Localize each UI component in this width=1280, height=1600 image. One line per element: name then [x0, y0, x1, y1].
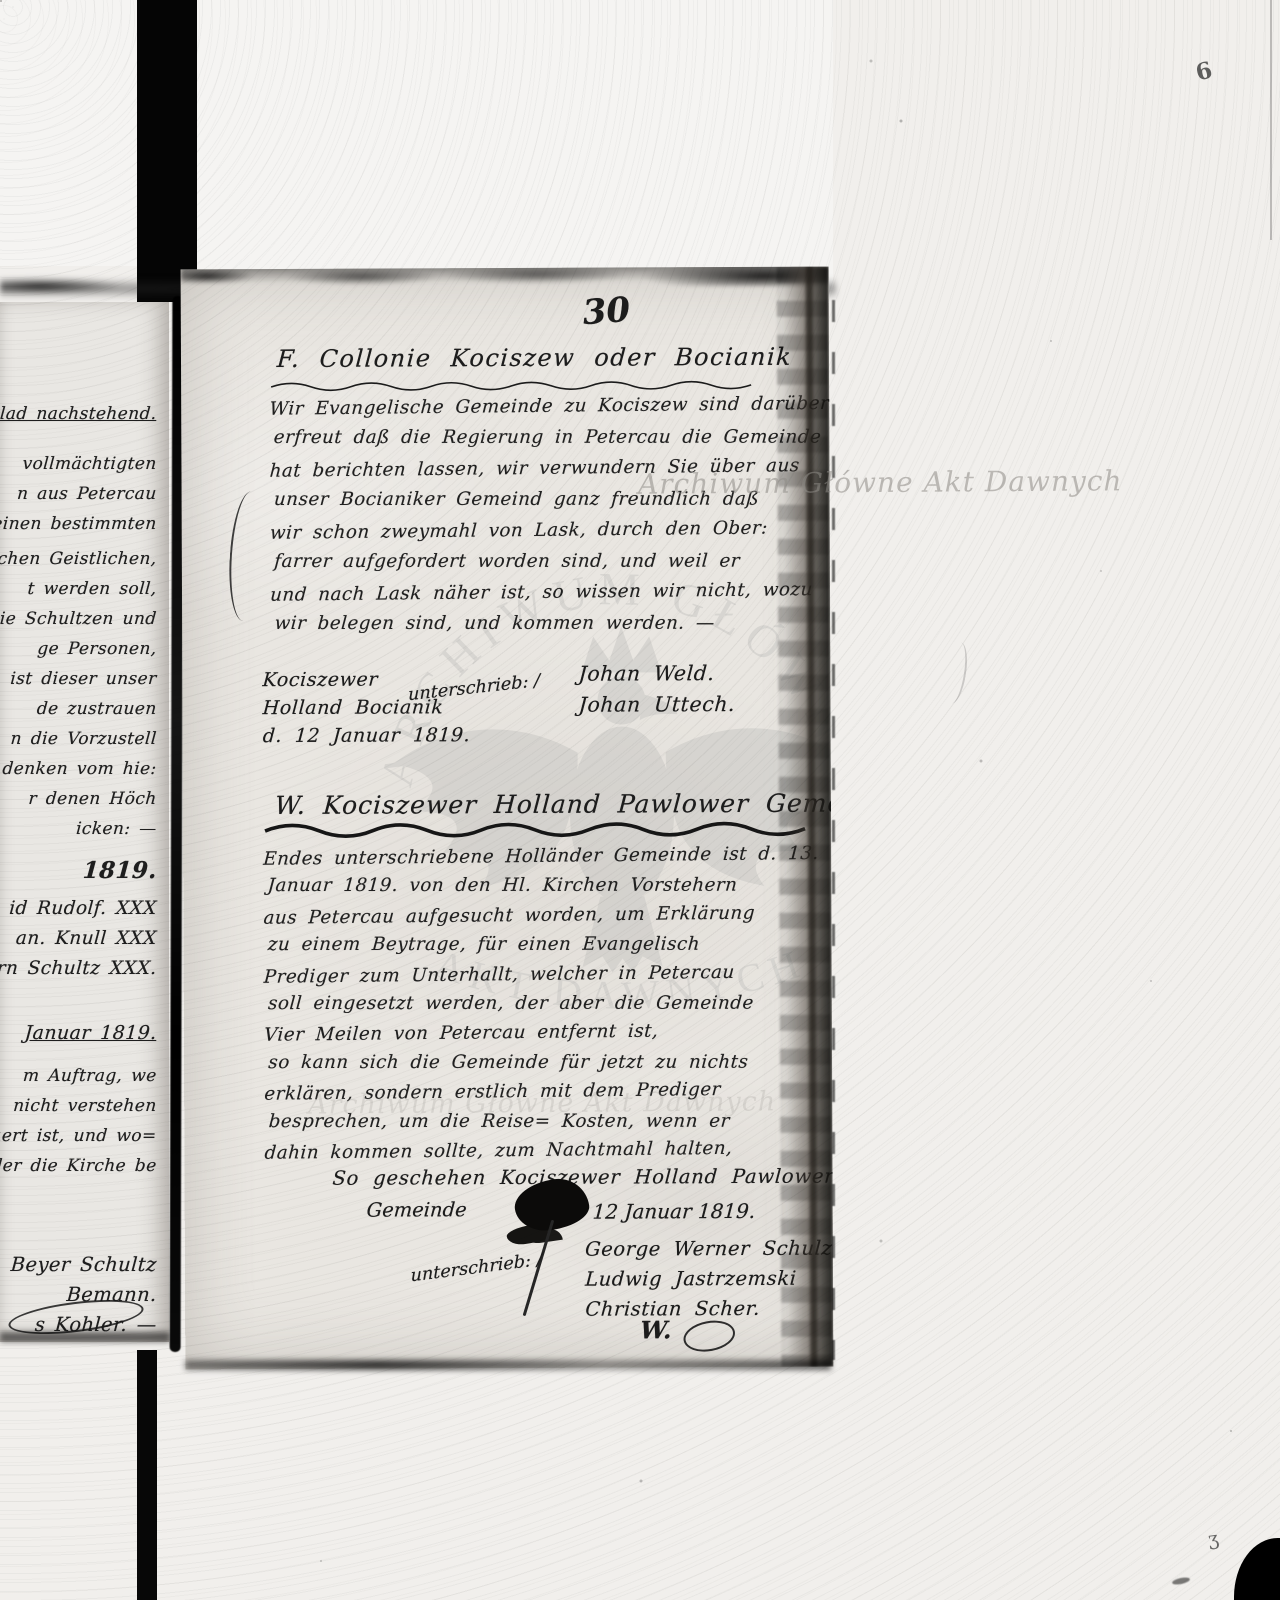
- film-mark-bottom-right: ʒ: [1207, 1527, 1221, 1550]
- left-page-text-fragment: ge Personen,: [0, 629, 169, 659]
- signature-block-1-names: Johan Weld.Johan Uttech.: [578, 661, 735, 724]
- paragraph-1: Wir Evangelische Gemeinde zu Kociszew si…: [269, 395, 830, 645]
- film-bottom-black-bar: [137, 1350, 157, 1600]
- closing-line-2-word: Gemeinde: [366, 1198, 467, 1221]
- left-page-text-fragment: vollmächtigten: [0, 444, 169, 474]
- handwritten-line: wir schon zweymahl von Lask, durch den O…: [269, 517, 831, 554]
- left-page-text-fragment: id Rudolf. XXX: [0, 889, 169, 919]
- left-page-text-fragment: de zustrauen: [0, 689, 169, 719]
- document-heading-1: F. Collonie Kociszew oder Bocianik: [276, 343, 793, 373]
- handwritten-line: farrer aufgefordert worden sind, und wei…: [273, 551, 831, 582]
- left-page-strip: lad nachstehend.vollmächtigtenn aus Pete…: [0, 302, 169, 1342]
- handwritten-line: soll eingesetzt werden, der aber die Gem…: [267, 993, 820, 1023]
- signature-name: Johan Uttech.: [578, 692, 737, 724]
- left-page-text-fragment: schen Geistlichen,: [0, 539, 169, 569]
- film-gap-black-bar: [137, 0, 197, 302]
- margin-brace-flourish: [226, 490, 266, 622]
- left-page-text-fragment: lad nachstehend.: [0, 394, 169, 424]
- left-page-text-fragment: n aus Petercau: [0, 474, 169, 504]
- left-page-text-fragment: ist dieser unser: [0, 659, 169, 689]
- microfilm-scan: lad nachstehend.vollmächtigtenn aus Pete…: [0, 0, 1280, 1600]
- handwritten-line: erfreut daß die Regierung in Petercau di…: [272, 427, 830, 458]
- film-smudge: [1172, 1576, 1191, 1586]
- burnt-right-edge: [777, 267, 834, 1367]
- burnt-top-edge: [181, 267, 829, 289]
- upper-page-fragment-left: [0, 0, 137, 266]
- left-page-text-fragment: r denen Höch: [0, 779, 169, 809]
- page-stack-edges: [832, 300, 835, 1360]
- handwritten-line: Vier Meilen von Petercau entfernt ist,: [263, 1019, 820, 1054]
- archive-watermark-text: Archiwum Główne Akt Dawnych: [638, 464, 1123, 500]
- handwritten-line: Januar 1819. von den Hl. Kirchen Vorsteh…: [266, 875, 819, 905]
- left-page-text-fragment: kert ist, und wo=: [0, 1116, 169, 1146]
- paragraph-2: Endes unterschriebene Holländer Gemeinde…: [263, 845, 820, 1171]
- final-initial-mark: W.: [639, 1315, 672, 1344]
- dust-specks: [0, 0, 2, 2]
- main-document-page: ARCHIWUM GŁÓWNE AKT DAWNYCH 30 F. Collon…: [181, 267, 834, 1370]
- left-page-text-fragment: Januar 1819.: [0, 1014, 169, 1044]
- heading1-underline: [269, 377, 759, 393]
- upper-page-fragment-right: [197, 0, 833, 290]
- left-page-text-fragment: nicht verstehen: [0, 1086, 169, 1116]
- left-page-text-fragment: um einen bestimmten: [0, 504, 169, 534]
- handwritten-line: aus Petercau aufgesucht worden, um Erklä…: [262, 902, 819, 937]
- handwritten-line: zu einem Beytrage, für einen Evangelisch: [267, 934, 820, 964]
- background-fold-mark: [941, 641, 970, 705]
- left-page-text-fragment: wie Schultzen und: [0, 599, 169, 629]
- signature-line: d. 12 Januar 1819.: [262, 724, 471, 753]
- left-page-text-fragment: icken: —: [0, 809, 169, 839]
- handwritten-line: Prediger zum Unterhallt, welcher in Pete…: [263, 961, 820, 996]
- closing-line-2-date: 12 Januar 1819.: [592, 1199, 756, 1224]
- signature-label-unterschrieb: unterschrieb: /: [410, 1250, 542, 1286]
- left-page-text-fragment: an. Knull XXX: [0, 919, 169, 949]
- closing-line-1: So geschehen Kociszewer Holland Pawlower: [332, 1165, 834, 1190]
- handwritten-line: so kann sich die Gemeinde für jetzt zu n…: [267, 1051, 820, 1081]
- handwritten-line: Endes unterschriebene Holländer Gemeinde…: [262, 843, 819, 878]
- left-page-text-fragment: rn Schultz XXX.: [0, 949, 169, 979]
- handwritten-line: wir belegen sind, und kommen werden. —: [273, 613, 831, 644]
- left-page-text-fragment: denken vom hie:: [0, 749, 169, 779]
- film-edge-line: [1270, 0, 1272, 240]
- left-page-text-fragment: der die Kirche be: [0, 1146, 169, 1176]
- strip-bottom-edge: [0, 1332, 170, 1342]
- left-page-text-fragment: t werden soll,: [0, 569, 169, 599]
- heading2-underline: [263, 819, 813, 841]
- film-corner-black: [1234, 1538, 1280, 1600]
- film-mark-top-right: 6: [1193, 56, 1215, 86]
- left-page-text-fragment: Beyer Schultz: [0, 1246, 169, 1276]
- signature-name: Johan Weld.: [577, 661, 736, 693]
- handwritten-line: und nach Lask näher ist, so wissen wir n…: [269, 579, 831, 616]
- page-bottom-edge-shadow: [185, 1360, 831, 1370]
- document-heading-2: W. Kociszewer Holland Pawlower Gemeinde: [274, 788, 833, 820]
- archive-watermark-text-faint: Archiwum Główne Akt Dawnych: [308, 1086, 776, 1120]
- left-page-text-fragment: m Auftrag, we: [0, 1056, 169, 1086]
- left-page-text-fragment: 1819.: [0, 854, 169, 884]
- handwritten-line: Wir Evangelische Gemeinde zu Kociszew si…: [268, 393, 830, 430]
- page-number: 30: [581, 290, 631, 333]
- left-page-text-fragment: n die Vorzustell: [0, 719, 169, 749]
